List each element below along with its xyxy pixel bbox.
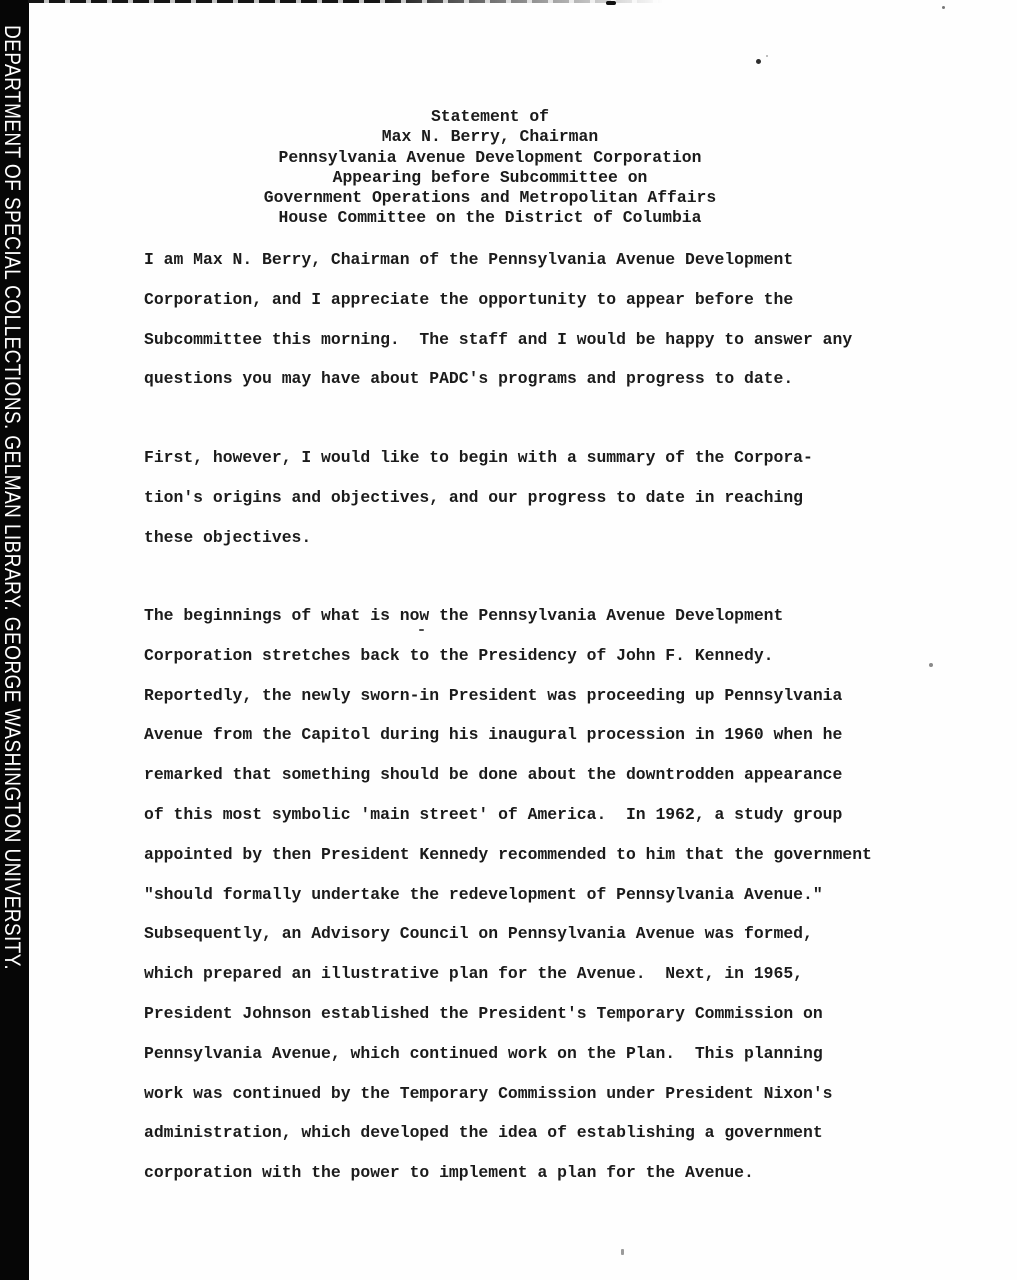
text-line: these objectives. <box>144 518 904 558</box>
text-line: work was continued by the Temporary Comm… <box>144 1074 904 1114</box>
text-line: Corporation stretches back to the Presid… <box>144 636 904 676</box>
scan-speck <box>621 1249 624 1255</box>
scan-speck <box>756 59 761 64</box>
text-line: remarked that something should be done a… <box>144 755 904 795</box>
text-line: of this most symbolic 'main street' of A… <box>144 795 904 835</box>
header-line: Pennsylvania Avenue Development Corporat… <box>144 148 836 168</box>
text-line: I am Max N. Berry, Chairman of the Penns… <box>144 240 904 280</box>
text-line: tion's origins and objectives, and our p… <box>144 478 904 518</box>
text-line: questions you may have about PADC's prog… <box>144 359 904 399</box>
document-header: Statement of Max N. Berry, Chairman Penn… <box>144 107 836 229</box>
scan-speck <box>942 6 945 9</box>
text-line: Subsequently, an Advisory Council on Pen… <box>144 914 904 954</box>
scan-speck <box>606 1 616 5</box>
header-line: Statement of <box>144 107 836 127</box>
text-line: Corporation, and I appreciate the opport… <box>144 280 904 320</box>
text-line: Subcommittee this morning. The staff and… <box>144 320 904 360</box>
library-stamp-bar: DEPARTMENT OF SPECIAL COLLECTIONS. GELMA… <box>0 0 29 1280</box>
paragraph-2: First, however, I would like to begin wi… <box>144 438 904 557</box>
text-line: President Johnson established the Presid… <box>144 994 904 1034</box>
header-line: Max N. Berry, Chairman <box>144 127 836 147</box>
scan-speck <box>929 663 933 667</box>
paragraph-3: The beginnings of what is now the Pennsy… <box>144 596 904 1193</box>
text-line: corporation with the power to implement … <box>144 1153 904 1193</box>
scan-scratch-artifact <box>28 0 663 3</box>
text-line: which prepared an illustrative plan for … <box>144 954 904 994</box>
text-line: Avenue from the Capitol during his inaug… <box>144 715 904 755</box>
header-line: Government Operations and Metropolitan A… <box>144 188 836 208</box>
text-line: Reportedly, the newly sworn-in President… <box>144 676 904 716</box>
text-line: administration, which developed the idea… <box>144 1113 904 1153</box>
library-stamp-text: DEPARTMENT OF SPECIAL COLLECTIONS. GELMA… <box>0 25 25 970</box>
text-line: Pennsylvania Avenue, which continued wor… <box>144 1034 904 1074</box>
paragraph-1: I am Max N. Berry, Chairman of the Penns… <box>144 240 904 399</box>
text-line: "should formally undertake the redevelop… <box>144 875 904 915</box>
scanned-document-page: DEPARTMENT OF SPECIAL COLLECTIONS. GELMA… <box>0 0 1017 1280</box>
text-line: appointed by then President Kennedy reco… <box>144 835 904 875</box>
scan-speck <box>766 55 768 57</box>
text-line: The beginnings of what is now the Pennsy… <box>144 596 904 636</box>
header-line: Appearing before Subcommittee on <box>144 168 836 188</box>
header-line: House Committee on the District of Colum… <box>144 208 836 228</box>
text-line: First, however, I would like to begin wi… <box>144 438 904 478</box>
